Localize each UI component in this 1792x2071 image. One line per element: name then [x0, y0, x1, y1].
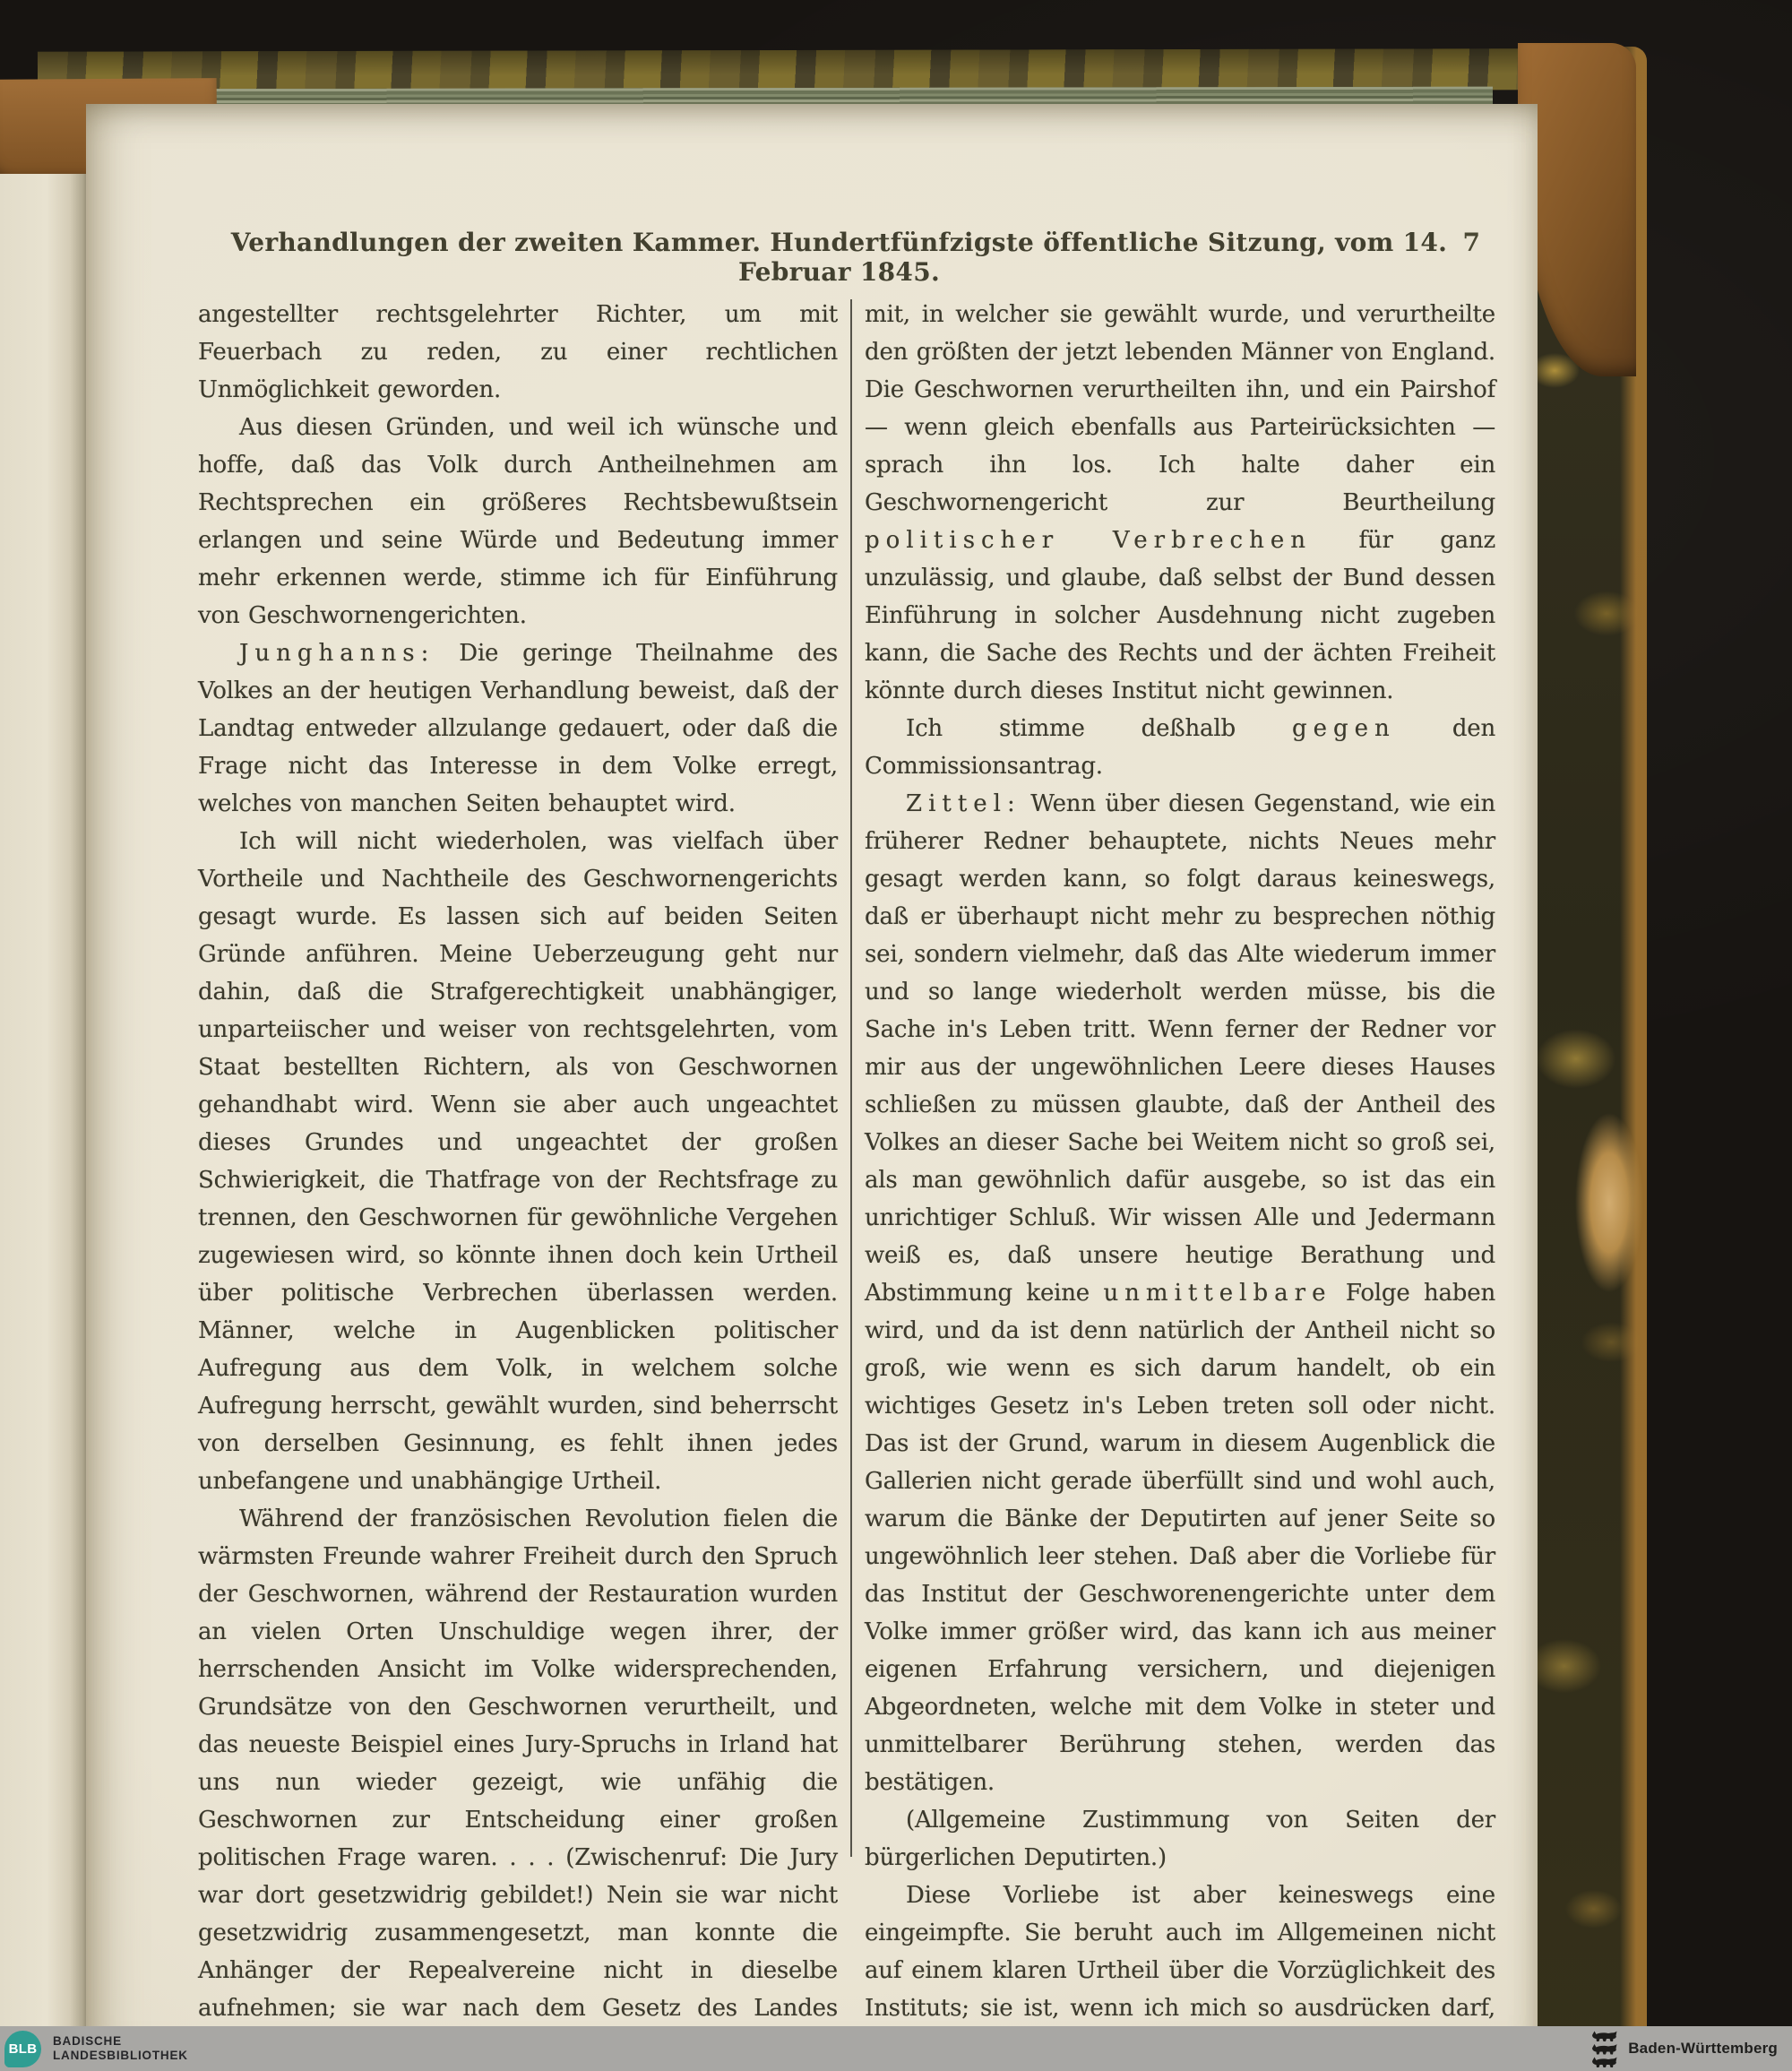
paragraph: Ich stimme deßhalb gegen den Commissions… — [865, 710, 1495, 785]
baden-wuerttemberg-lions-icon — [1591, 2030, 1618, 2067]
column-right: mit, in welcher sie gewählt wurde, und v… — [865, 296, 1495, 2065]
paragraph: angestellter rechtsgelehrter Richter, um… — [198, 296, 838, 409]
emphasized-text: Junghanns: — [239, 640, 435, 667]
body-text: angestellter rechtsgelehrter Richter, um… — [198, 301, 838, 403]
body-text: Während der französischen Revolution fie… — [198, 1506, 838, 2059]
book-page: Verhandlungen der zweiten Kammer. Hunder… — [86, 104, 1538, 2071]
body-text: Ich will nicht wiederholen, was vielfach… — [198, 828, 838, 1495]
facing-page-edge — [0, 174, 90, 2071]
library-name: BADISCHE LANDESBIBLIOTHEK — [53, 2034, 188, 2063]
paragraph: Ich will nicht wiederholen, was vielfach… — [198, 823, 838, 1500]
emphasized-text: politischer Verbrechen — [865, 527, 1312, 554]
library-name-line2: LANDESBIBLIOTHEK — [53, 2049, 188, 2063]
body-text: mit, in welcher sie gewählt wurde, und v… — [865, 301, 1495, 516]
page-title: Verhandlungen der zweiten Kammer. Hunder… — [198, 228, 1480, 287]
body-text: Aus diesen Gründen, und weil ich wünsche… — [198, 414, 838, 629]
column-left: angestellter rechtsgelehrter Richter, um… — [198, 296, 838, 2065]
cover-worn-patch — [1575, 1113, 1643, 1292]
running-header: Verhandlungen der zweiten Kammer. Hunder… — [198, 228, 1480, 267]
paragraph: Während der französischen Revolution fie… — [198, 1500, 838, 2065]
paragraph: (Allgemeine Zustimmung von Seiten der bü… — [865, 1801, 1495, 1877]
body-text: Ich stimme deßhalb — [906, 715, 1292, 742]
body-text: Folge haben wird, und da ist denn natürl… — [865, 1280, 1495, 1796]
paragraph: Junghanns: Die geringe Theilnahme des Vo… — [198, 634, 838, 823]
library-name-line1: BADISCHE — [53, 2034, 188, 2049]
state-branding: Baden-Württemberg — [1591, 2030, 1792, 2067]
blb-logo-text: BLB — [9, 2041, 38, 2057]
emphasized-text: Zittel: — [906, 790, 1021, 817]
emphasized-text: unmittelbare — [1103, 1280, 1331, 1307]
text-columns: angestellter rechtsgelehrter Richter, um… — [198, 296, 1499, 2065]
scan-viewport: Verhandlungen der zweiten Kammer. Hunder… — [0, 0, 1792, 2071]
blb-logo-icon: BLB — [4, 2031, 41, 2067]
emphasized-text: gegen — [1292, 715, 1396, 742]
paragraph: Zittel: Wenn über diesen Gegenstand, wie… — [865, 785, 1495, 1801]
page-number: 7 — [1463, 228, 1480, 257]
column-divider-rule — [850, 299, 852, 1857]
paragraph: Aus diesen Gründen, und weil ich wünsche… — [198, 409, 838, 634]
body-text: (Allgemeine Zustimmung von Seiten der bü… — [865, 1807, 1495, 1871]
body-text: Wenn über diesen Gegenstand, wie ein frü… — [865, 790, 1495, 1307]
viewer-footer-bar: BLB BADISCHE LANDESBIBLIOTHEK Baden-Würt… — [0, 2026, 1792, 2071]
paragraph: mit, in welcher sie gewählt wurde, und v… — [865, 296, 1495, 710]
state-name: Baden-Württemberg — [1628, 2040, 1778, 2058]
library-branding: BLB BADISCHE LANDESBIBLIOTHEK — [0, 2031, 188, 2067]
